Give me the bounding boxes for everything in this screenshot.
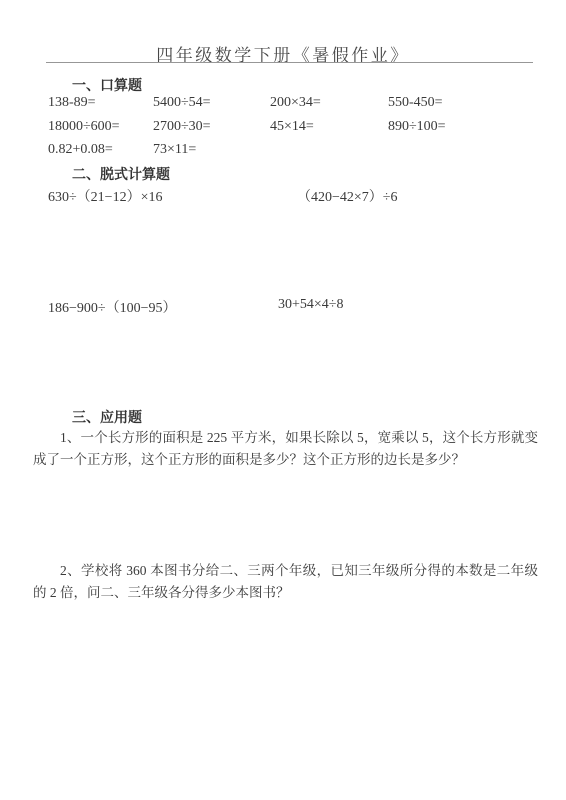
oral-expression: 550-450=	[388, 95, 443, 111]
section-heading-oral: 一、口算题	[72, 75, 142, 95]
stepwise-expression: 630÷（21−12）×16	[48, 186, 162, 206]
section-heading-word-problems: 三、应用题	[72, 407, 142, 427]
word-problem-1: 1、一个长方形的面积是 225 平方米，如果长除以 5，宽乘以 5，这个长方形就…	[33, 427, 538, 471]
section-heading-stepwise: 二、脱式计算题	[72, 164, 170, 184]
oral-expression: 138-89=	[48, 95, 96, 111]
stepwise-expression: 186−900÷（100−95）	[48, 297, 176, 317]
oral-expression: 890÷100=	[388, 119, 446, 135]
oral-expression: 200×34=	[270, 95, 321, 111]
worksheet-page: 四年级数学下册《暑假作业》 一、口算题 138-89= 5400÷54= 200…	[0, 0, 566, 800]
oral-expression: 45×14=	[270, 119, 314, 135]
oral-expression: 5400÷54=	[153, 95, 211, 111]
oral-expression: 18000÷600=	[48, 119, 120, 135]
stepwise-expression: （420−42×7）÷6	[297, 186, 397, 206]
oral-expression: 0.82+0.08=	[48, 142, 113, 158]
oral-expression: 2700÷30=	[153, 119, 211, 135]
word-problem-2: 2、学校将 360 本图书分给二、三两个年级，已知三年级所分得的本数是二年级的 …	[33, 560, 538, 604]
oral-expression: 73×11=	[153, 142, 196, 158]
title-underline	[46, 62, 533, 63]
stepwise-expression: 30+54×4÷8	[278, 297, 343, 313]
